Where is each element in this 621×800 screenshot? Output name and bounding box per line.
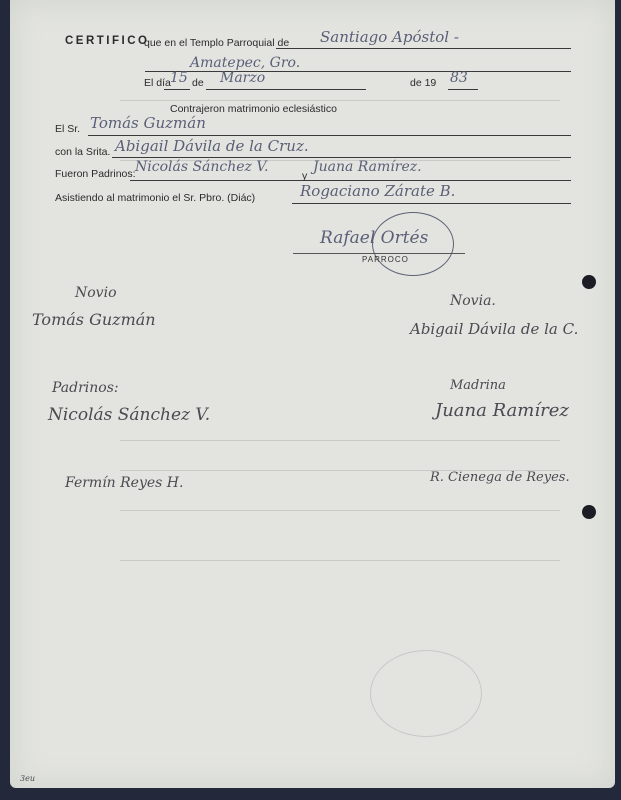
witness-right-signature: R. Cienega de Reyes. bbox=[430, 470, 570, 485]
groom-signature: Tomás Guzmán bbox=[32, 310, 156, 329]
bleed-through-line bbox=[120, 560, 560, 561]
parroco-underline bbox=[293, 253, 465, 254]
godfather-value: Nicolás Sánchez V. bbox=[135, 159, 269, 175]
bride-label: con la Srita. bbox=[55, 146, 110, 158]
godmother-signature: Juana Ramírez bbox=[435, 400, 569, 421]
godparents-label: Fueron Padrinos: bbox=[55, 168, 136, 180]
certificate-page: CERTIFICO que en el Templo Parroquial de… bbox=[10, 0, 615, 788]
location-underline bbox=[145, 71, 571, 72]
groom-value: Tomás Guzmán bbox=[90, 114, 206, 132]
godmother-value: Juana Ramírez. bbox=[313, 159, 422, 175]
parroco-label: PARROCO bbox=[362, 255, 409, 264]
bride-heading: Novia. bbox=[450, 293, 496, 309]
month-value: Marzo bbox=[220, 70, 265, 86]
bleed-through-line bbox=[120, 510, 560, 511]
godmother-heading: Madrina bbox=[450, 378, 506, 393]
location-value: Amatepec, Gro. bbox=[190, 55, 300, 71]
bleed-through-line bbox=[120, 100, 560, 101]
groom-underline bbox=[88, 135, 571, 136]
date-of-label: de bbox=[192, 77, 204, 89]
priest-value: Rogaciano Zárate B. bbox=[300, 182, 455, 200]
priest-label: Asistiendo al matrimonio el Sr. Pbro. (D… bbox=[55, 192, 255, 204]
punch-hole bbox=[582, 505, 596, 519]
priest-underline bbox=[292, 203, 571, 204]
temple-label: que en el Templo Parroquial de bbox=[144, 37, 289, 49]
date-day-label: El día bbox=[144, 77, 171, 89]
godparents-underline bbox=[130, 180, 571, 181]
groom-label: El Sr. bbox=[55, 123, 80, 135]
day-value: 15 bbox=[170, 70, 188, 86]
groom-heading: Novio bbox=[75, 285, 117, 301]
bride-signature: Abigail Dávila de la C. bbox=[410, 320, 578, 338]
temple-underline bbox=[276, 48, 571, 49]
year-underline bbox=[448, 89, 478, 90]
certificate-title: CERTIFICO bbox=[65, 35, 149, 47]
godfather-signature: Nicolás Sánchez V. bbox=[48, 405, 210, 425]
year-value: 83 bbox=[450, 70, 468, 86]
year-label: de 19 bbox=[410, 77, 436, 89]
temple-value: Santiago Apóstol - bbox=[320, 28, 459, 46]
bleed-through-line bbox=[120, 440, 560, 441]
page-note: 3eu bbox=[20, 774, 35, 783]
day-underline bbox=[164, 89, 190, 90]
bride-underline bbox=[112, 157, 571, 158]
parroco-signature: Rafael Ortés bbox=[320, 228, 428, 248]
month-underline bbox=[206, 89, 366, 90]
punch-hole bbox=[582, 275, 596, 289]
witness-left-signature: Fermín Reyes H. bbox=[65, 475, 183, 491]
bride-value: Abigail Dávila de la Cruz. bbox=[115, 137, 309, 155]
godparents-heading: Padrinos: bbox=[52, 380, 119, 396]
bleed-through-stamp bbox=[370, 650, 482, 737]
